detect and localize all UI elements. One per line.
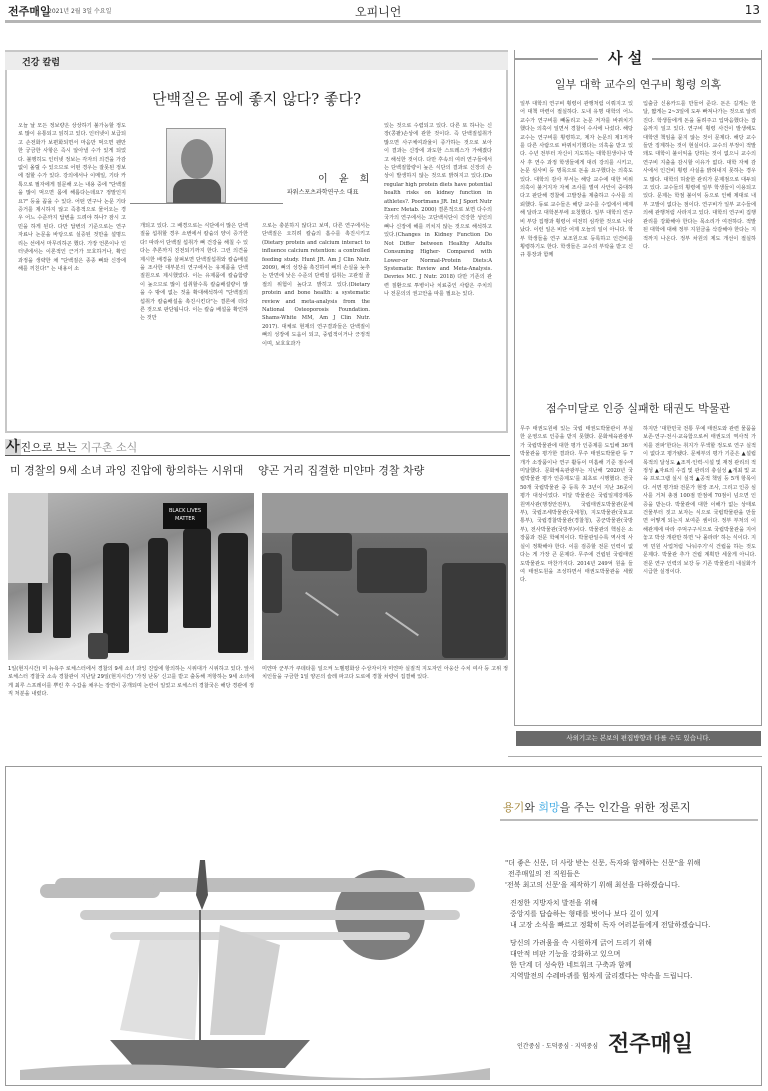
slogan-courage: 용기 <box>503 801 524 814</box>
photo-header-gray: 지구촌 소식 <box>81 441 138 454</box>
health-column-col-1: 오늘 날 모든 정보량은 상상하기 불가능할 정도로 많이 유통되고 읽히고 있… <box>18 122 126 422</box>
photo-section-header: 사진으로 보는 지구촌 소식 <box>5 436 137 456</box>
police-vehicles-photo <box>262 493 508 660</box>
ad-line: 대안적 비판 기능을 강화하고 있으며 <box>510 949 692 960</box>
author-photo <box>166 128 226 203</box>
author-role: 파워스포츠과학연구소 대표 <box>287 187 358 196</box>
editorial-2-col-1: 무주 태권도원에 있는 국립 태권도박물관이 부실한 운영으로 인증을 받지 못… <box>520 425 633 720</box>
ad-paragraph-3: 당신의 가려움을 속 시원하게 긁어 드리기 위해 대안적 비판 기능을 강화하… <box>510 938 692 982</box>
ad-line: 당신의 가려움을 속 시원하게 긁어 드리기 위해 <box>510 938 692 949</box>
section-rule <box>508 756 762 757</box>
health-column-title: 단백질은 몸에 좋지 않다? 좋다? <box>5 88 508 109</box>
ad-line: '전북 최고의 신문'을 제작하기 위해 최선을 다하겠습니다. <box>505 880 700 891</box>
author-suit <box>173 179 221 204</box>
editorial-1-col-1: 일부 대학의 연구비 횡령이 관행처럼 이뤄지고 있어 대책 마련이 절실하다.… <box>520 100 633 390</box>
photo-2-title: 양곤 거리 집결한 미얀마 경찰 차량 <box>258 462 424 478</box>
author-name: 이 윤 희 <box>318 170 373 185</box>
editorial-1-col-2: 입출금 신용카드를 만들어 준다. 돈은 길게는 한 달, 짧게는 2~3일에 … <box>643 100 756 390</box>
health-column-category: 건강 칼럼 <box>22 55 60 68</box>
photo-2-caption: 미얀마 군부가 쿠데타를 일으켜 노벨평화상 수상자이자 미얀마 실질적 지도자… <box>262 665 508 682</box>
slogan-underline <box>500 819 758 821</box>
pen-nib-icon <box>196 860 208 910</box>
editorial-2-title: 점수미달로 인증 실패한 태권도 박물관 <box>514 400 762 416</box>
editorial-1-title: 일부 대학 교수의 연구비 횡령 의혹 <box>514 76 762 92</box>
photo-header-initial: 사 <box>5 439 21 455</box>
health-column-col-4: 있는 것으로 수렴되고 있다. 다른 또 하나는 신장(콩팥)손상에 관한 것이… <box>384 122 492 422</box>
ad-line: "더 좋은 신문, 더 사랑 받는 신문, 독자와 함께하는 신문"을 위해 <box>505 858 700 869</box>
ad-line: 중앙지를 답습하는 형태를 벗어나 보다 깊이 있게 <box>510 909 710 920</box>
photo-section-rule <box>5 455 510 456</box>
header-rule <box>5 20 761 23</box>
health-column-col-3: 으로는 충분하지 않다고 보며, 다른 연구에서는 단백질은 오히려 칼슘의 흡… <box>262 222 370 422</box>
slogan-and: 와 <box>524 801 538 814</box>
slogan-hope: 희망 <box>538 801 559 814</box>
ad-line: 전주매일의 전 직원들은 <box>505 869 700 880</box>
ad-line: 내 고장 소식을 빠르고 정확히 독자 여러분들에게 전달하겠습니다. <box>510 920 710 931</box>
ad-paragraph-1: "더 좋은 신문, 더 사랑 받는 신문, 독자와 함께하는 신문"을 위해 전… <box>505 858 700 891</box>
protest-photo: BLACK LIVESMATTER <box>8 493 254 660</box>
ad-line: 진정한 지방자치 발전을 위해 <box>510 898 710 909</box>
sailboat-sunset-illustration <box>20 800 490 1080</box>
page-number: 13 <box>745 3 760 17</box>
ad-line: 지역발전의 수레바퀴를 힘차게 굴리겠다는 약속을 드립니다. <box>510 971 692 982</box>
protest-sign: BLACK LIVESMATTER <box>163 503 207 529</box>
ad-slogan: 용기와 희망을 주는 인간을 위한 정론지 <box>503 799 691 815</box>
ad-footer-logo: 전주매일 <box>608 1027 693 1058</box>
barber-shop-building <box>8 493 48 583</box>
photo-1-caption: 1일(현지시간) 미 뉴욕주 로체스터에서 경찰의 9세 소녀 과잉 진압에 항… <box>8 665 254 699</box>
photo-1-title: 미 경찰의 9세 소녀 과잉 진압에 항의하는 시위대 <box>10 462 243 478</box>
boat-hull-icon <box>110 1040 310 1068</box>
health-column-col-2: 개되고 있다. 그 배경으로는 식단에서 많은 단백질을 섭취할 경우 소변에서… <box>140 222 248 422</box>
ad-line: 한 단계 더 성숙한 네트워크 구축과 함께 <box>510 960 692 971</box>
author-face <box>181 139 213 179</box>
ad-footer-motto: 인간중심 · 도덕중심 · 지역중심 <box>517 1041 598 1050</box>
issue-date: 2021년 2월 3일 수요일 <box>48 6 111 15</box>
slogan-rest: 을 주는 인간을 위한 정론지 <box>560 801 691 814</box>
photo-header-text: 진으로 보는 <box>21 441 81 454</box>
photo-rule <box>130 203 283 204</box>
section-title: 오피니언 <box>355 3 401 20</box>
speaker-object <box>88 633 108 659</box>
editorial-disclaimer: 사외기고는 본보의 편집방향과 다를 수도 있습니다. <box>516 731 761 746</box>
health-column-category-bar: 건강 칼럼 <box>5 50 508 70</box>
paper-logo: 전주매일 <box>8 3 51 19</box>
editorial-2-col-2: 하지만 '대한민국 전통 무예 태권도와 관련 물품을 보존·연구·전시·교육함… <box>643 425 756 720</box>
editorial-label: 사 설 <box>598 47 652 68</box>
ad-paragraph-2: 진정한 지방자치 발전을 위해 중앙지를 답습하는 형태를 벗어나 보다 깊이 … <box>510 898 710 931</box>
